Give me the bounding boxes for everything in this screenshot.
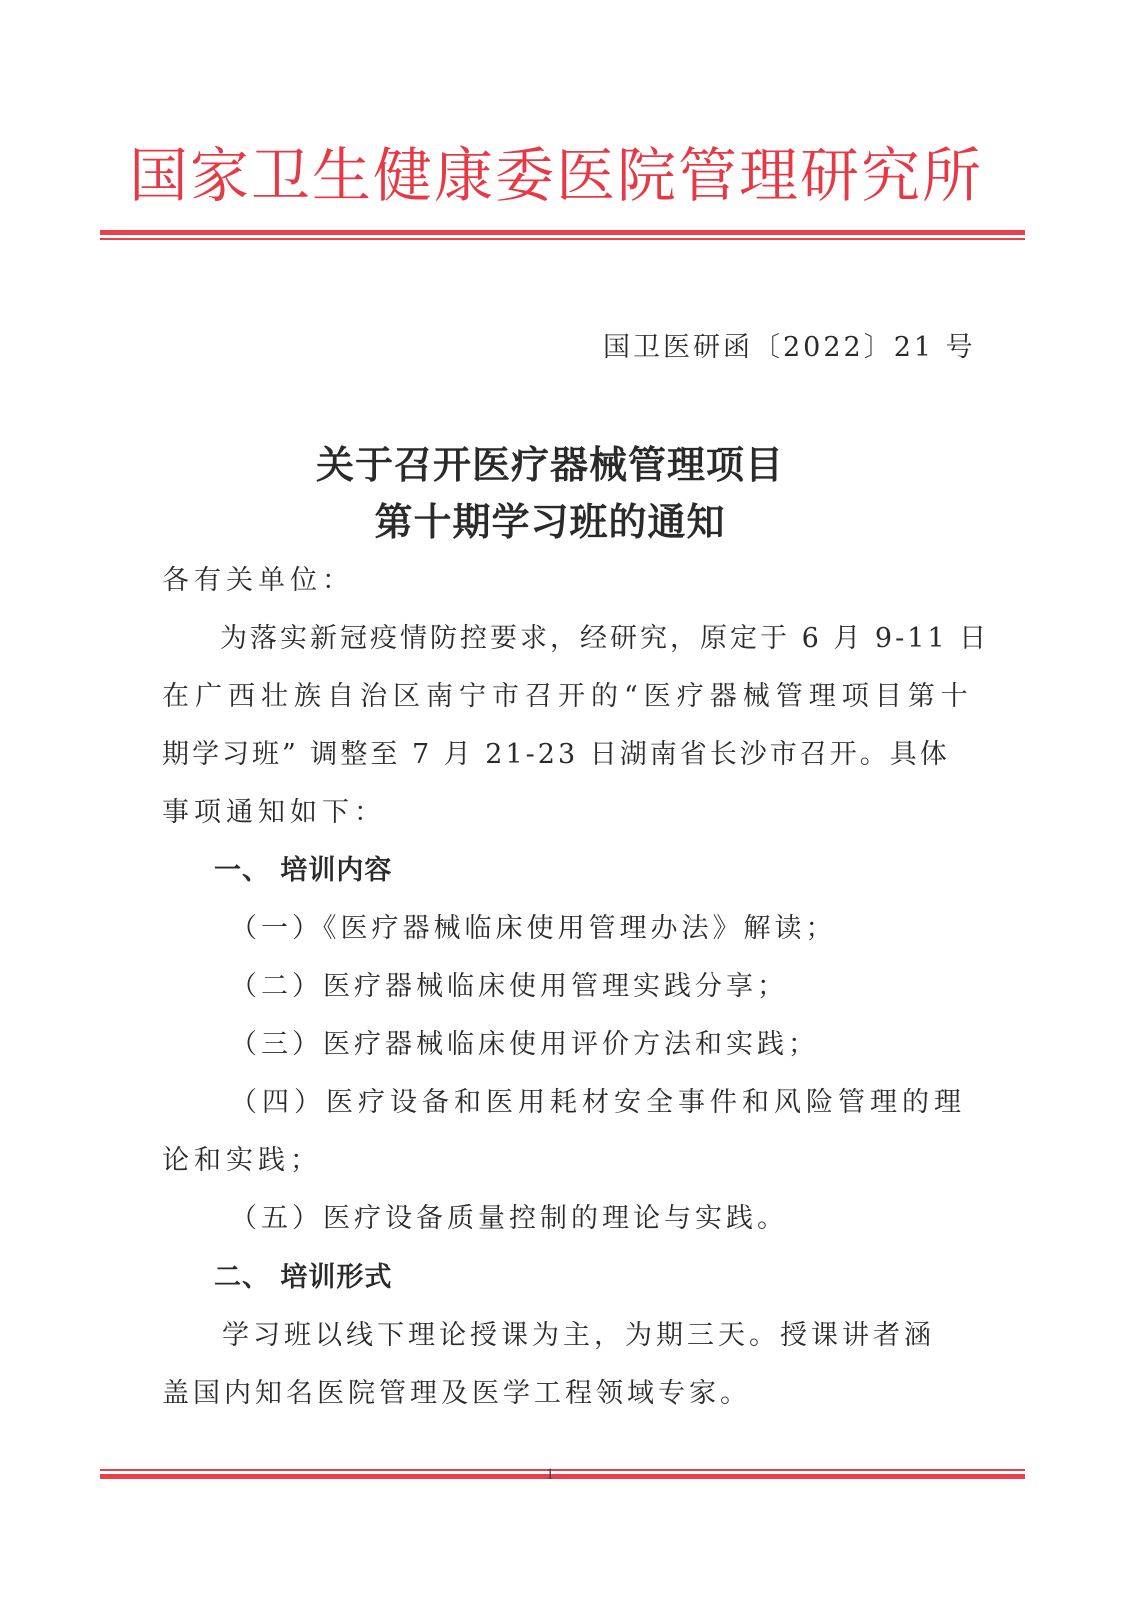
- header-thick-rule: [100, 230, 1025, 235]
- intro-line: 事项通知如下：: [162, 793, 386, 833]
- list-item: （三）医疗器械临床使用评价方法和实践；: [230, 1025, 819, 1065]
- paragraph-line: 盖国内知名医院管理及医学工程领域专家。: [162, 1374, 751, 1414]
- paragraph-line: 学习班以线下理论授课为主，为期三天。授课讲者涵: [222, 1316, 935, 1356]
- list-item: （一）《医疗器械临床使用管理办法》解读；: [230, 909, 837, 949]
- document-number: 国卫医研函〔2022〕21 号: [603, 328, 976, 368]
- list-item: （四）医疗设备和医用耗材安全事件和风险管理的理: [230, 1083, 966, 1123]
- document-title-line-1: 关于召开医疗器械管理项目: [0, 441, 1100, 489]
- document-title-line-2: 第十期学习班的通知: [0, 498, 1100, 546]
- intro-line: 期学习班” 调整至 7 月 21-23 日湖南省长沙市召开。具体: [162, 735, 950, 775]
- letterhead-org-name: 国家卫生健康委医院管理研究所: [126, 136, 986, 216]
- section-heading-training-content: 一、 培训内容: [214, 851, 392, 891]
- list-item: （五）医疗设备质量控制的理论与实践。: [230, 1199, 788, 1239]
- intro-line: 在广西壮族自治区南宁市召开的“医疗器械管理项目第十: [162, 677, 974, 717]
- salutation: 各有关单位：: [162, 561, 354, 601]
- header-thin-rule: [100, 238, 1025, 240]
- section-heading-training-format: 二、 培训形式: [214, 1258, 392, 1298]
- footer-thick-rule: [100, 1474, 1025, 1479]
- footer-thin-rule: [100, 1469, 1025, 1471]
- page-number: 1: [546, 1466, 554, 1484]
- list-item: （二）医疗器械临床使用管理实践分享；: [230, 967, 788, 1007]
- intro-line: 为落实新冠疫情防控要求，经研究，原定于 6 月 9-11 日: [220, 619, 989, 659]
- list-item-continuation: 论和实践；: [162, 1141, 322, 1181]
